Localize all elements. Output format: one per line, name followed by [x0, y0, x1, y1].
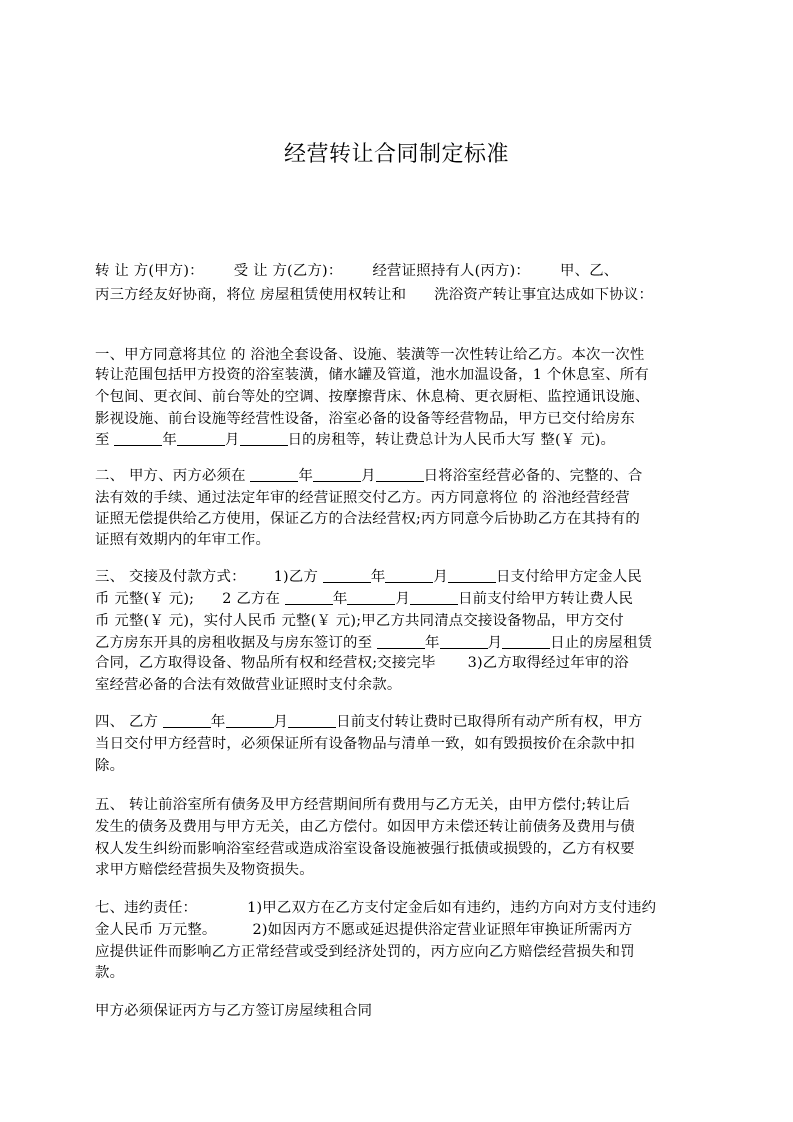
- document-title: 经营转让合同制定标准: [0, 137, 793, 168]
- blank-field: [502, 634, 550, 649]
- blank-field: [313, 467, 361, 482]
- blank-field: [323, 568, 371, 583]
- blank-field: [440, 634, 488, 649]
- blank-field: [250, 467, 298, 482]
- parties-line: 转 让 方(甲方)：受 让 方(乙方)：经营证照持有人(丙方)：甲、乙、: [95, 262, 715, 280]
- party-license-holder: 经营证照持有人(丙方)：: [372, 263, 530, 279]
- blank-field: [285, 590, 333, 605]
- blank-field: [385, 568, 433, 583]
- blank-field: [377, 634, 425, 649]
- blank-field: [347, 590, 395, 605]
- blank-field: [448, 568, 496, 583]
- blank-field: [288, 713, 336, 728]
- party-transferor: 转 让 方(甲方)：: [95, 263, 204, 279]
- blank-field: [177, 431, 225, 446]
- blank-field: [240, 431, 288, 446]
- closing-clause: 甲方必须保证丙方与乙方签订房屋续租合同: [95, 1002, 715, 1020]
- blank-field: [114, 431, 162, 446]
- blank-field: [163, 713, 211, 728]
- intro-line-2: 丙三方经友好协商，将位 房屋租赁使用权转让和洗浴资产转让事宜达成如下协议：: [95, 286, 715, 304]
- blank-field: [376, 467, 424, 482]
- blank-field: [410, 590, 458, 605]
- blank-field: [226, 713, 274, 728]
- party-transferee: 受 让 方(乙方)：: [234, 263, 343, 279]
